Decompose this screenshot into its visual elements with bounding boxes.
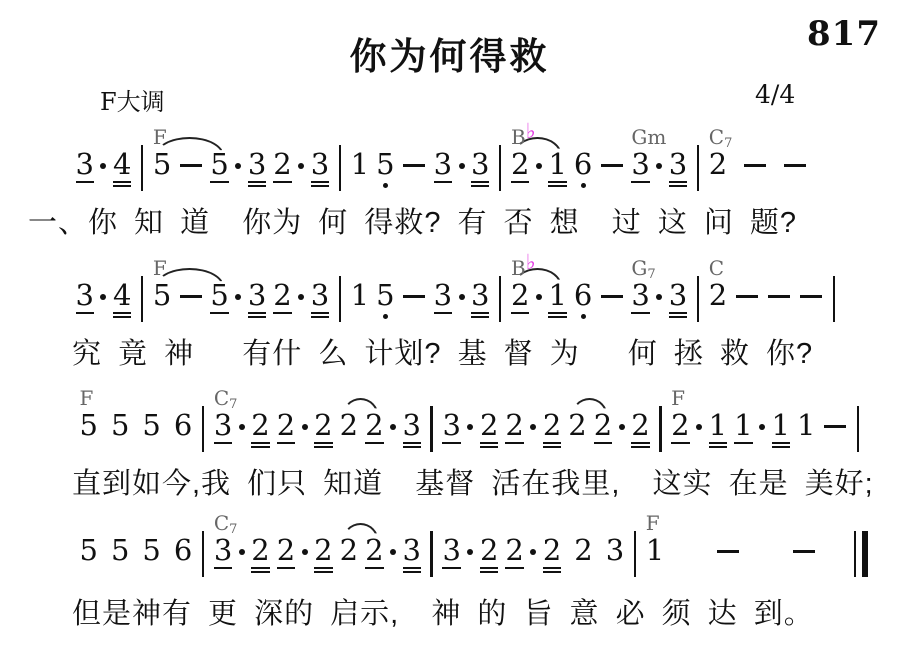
note-digit: 5	[153, 150, 171, 179]
augmentation-dot	[390, 424, 396, 430]
note-digit: 3	[442, 536, 460, 565]
note-digit: 3	[434, 150, 452, 179]
note: 2	[340, 536, 358, 565]
note-digit: 6	[174, 536, 192, 565]
note-underline	[669, 185, 687, 187]
note-digit: 3	[631, 150, 649, 179]
note-digit: 2	[511, 281, 529, 310]
augmentation-dot	[390, 549, 396, 555]
note-digit: 3	[403, 411, 421, 440]
note: 3	[76, 281, 94, 314]
note-underline	[76, 312, 94, 314]
note-underline	[113, 185, 131, 187]
note: 2	[480, 536, 498, 573]
duration-dash	[736, 295, 758, 298]
note: F5	[80, 411, 98, 440]
hymn-title: 你为何得救	[0, 26, 899, 80]
final-barline	[854, 531, 868, 577]
chord-label: C	[709, 258, 724, 278]
chord-letter: C	[709, 125, 724, 149]
note: 2	[314, 536, 332, 573]
barline	[857, 406, 860, 452]
barline	[141, 145, 144, 191]
barline	[659, 406, 662, 452]
note-digit: 2	[709, 281, 727, 310]
note: C72	[709, 150, 727, 179]
chord-letter: F	[153, 125, 167, 149]
note-digit: 5	[376, 150, 394, 179]
note-underline	[311, 316, 329, 318]
chord-letter: B	[511, 125, 526, 149]
note: 5	[80, 536, 98, 565]
note: 3	[442, 411, 460, 444]
note: 1	[351, 150, 369, 179]
note-digit: 2	[543, 536, 561, 565]
note-digit: 1	[646, 536, 664, 565]
tie-arc-group: F55	[149, 150, 232, 183]
note: 3	[248, 281, 266, 318]
note-digit: 3	[311, 150, 329, 179]
duration-dash	[403, 295, 425, 298]
note-underline	[251, 442, 269, 444]
note: 4	[113, 150, 131, 187]
note: 3	[669, 281, 687, 318]
note-underline	[543, 571, 561, 573]
note: Gm3	[631, 150, 649, 183]
note-digit: 2	[568, 411, 586, 440]
lyrics-line-4: 但是神有 更 深的 启示, 神 的 旨 意 必 须 达 到。	[72, 591, 814, 632]
note: 2	[273, 150, 291, 183]
note: 2	[251, 411, 269, 448]
note-underline	[548, 181, 566, 183]
note-underline	[631, 446, 649, 448]
chord-subscript: 7	[229, 522, 237, 537]
note-underline	[314, 446, 332, 448]
note-underline	[403, 442, 421, 444]
augmentation-dot	[100, 294, 106, 300]
note-digit: 3	[214, 411, 232, 440]
note: 3	[442, 536, 460, 569]
tie-arc-group: 22	[336, 536, 387, 569]
note-digit: 2	[480, 536, 498, 565]
chord-letter: B	[511, 256, 526, 280]
barline	[634, 531, 637, 577]
note: 1	[548, 150, 566, 187]
note-digit: 6	[174, 411, 192, 440]
augmentation-dot	[536, 163, 542, 169]
note: 6	[574, 150, 592, 188]
note-underline	[314, 442, 332, 444]
augmentation-dot	[302, 424, 308, 430]
note-underline	[311, 312, 329, 314]
chord-label: B♭	[511, 126, 536, 147]
note-digit: 2	[273, 281, 291, 310]
note-digit: 2	[594, 411, 612, 440]
note-underline	[277, 442, 295, 444]
note: 3	[403, 411, 421, 448]
note-digit: 3	[442, 411, 460, 440]
chord-label: G7	[631, 258, 655, 278]
note: 2	[251, 536, 269, 573]
note-digit: 2	[273, 150, 291, 179]
spacer	[565, 536, 571, 537]
note-underline	[113, 316, 131, 318]
tie-arc-group: F55	[149, 281, 232, 314]
duration-dash	[601, 295, 623, 298]
note-underline	[113, 312, 131, 314]
barline	[202, 531, 205, 577]
note: 1	[772, 411, 790, 448]
note: F5	[153, 150, 171, 179]
note: C73	[214, 411, 232, 444]
chord-label: C7	[709, 127, 733, 147]
note-digit: 5	[210, 150, 228, 179]
note-digit: 2	[365, 536, 383, 565]
note: 5	[210, 281, 228, 314]
note-underline	[709, 442, 727, 444]
note-digit: 1	[797, 411, 815, 440]
note: 2	[340, 411, 358, 440]
note-digit: 2	[505, 536, 523, 565]
note-underline	[248, 312, 266, 314]
note: 5	[142, 411, 160, 440]
note-underline	[669, 181, 687, 183]
barline	[339, 145, 342, 191]
note: 2	[574, 536, 592, 565]
octave-dot	[383, 314, 388, 319]
note-underline	[76, 181, 94, 183]
spacer	[668, 536, 712, 537]
note-underline	[471, 185, 489, 187]
note-digit: 5	[376, 281, 394, 310]
note: F2	[671, 411, 689, 444]
chord-label: F	[153, 258, 167, 278]
note: 6	[574, 281, 592, 319]
tie-arc-group: 22	[336, 411, 387, 444]
barline	[499, 145, 502, 191]
chord-label: C7	[214, 513, 238, 533]
note-digit: 2	[314, 536, 332, 565]
note: 2	[505, 536, 523, 569]
note-digit: 3	[76, 281, 94, 310]
duration-dash	[793, 550, 815, 553]
augmentation-dot	[467, 549, 473, 555]
note: 3	[606, 536, 624, 565]
barline	[430, 531, 433, 577]
note-underline	[471, 316, 489, 318]
note-digit: 1	[351, 150, 369, 179]
note-digit: 2	[340, 536, 358, 565]
note: B♭2	[511, 150, 529, 183]
note: 6	[174, 536, 192, 565]
note-underline	[548, 185, 566, 187]
note-underline	[210, 312, 228, 314]
note-digit: 2	[277, 536, 295, 565]
note-underline	[314, 571, 332, 573]
barline	[499, 276, 502, 322]
chord-letter: C	[214, 511, 229, 535]
chord-letter: F	[671, 386, 685, 410]
note-underline	[113, 181, 131, 183]
augmentation-dot	[759, 424, 765, 430]
duration-dash	[180, 295, 202, 298]
duration-dash	[784, 164, 806, 167]
note: 3	[434, 150, 452, 183]
note: C2	[709, 281, 727, 310]
note-digit: 3	[471, 150, 489, 179]
spacer	[101, 536, 107, 537]
chord-label: F	[153, 127, 167, 147]
note-underline	[480, 442, 498, 444]
chord-label: C7	[214, 388, 238, 408]
duration-dash	[800, 295, 822, 298]
note: 2	[365, 411, 383, 444]
note: 2	[568, 411, 586, 440]
lyrics-line-1: 一、你 知 道 你为 何 得救? 有 否 想 过 这 问 题?	[28, 200, 797, 241]
chord-subscript: 7	[724, 136, 732, 151]
spacer	[101, 411, 107, 412]
note-underline	[671, 442, 689, 444]
tie-arc-group: B♭21	[507, 281, 570, 318]
note-digit: 2	[314, 411, 332, 440]
note-digit: 2	[671, 411, 689, 440]
music-line-3: F5556C732222233222222F21111	[76, 411, 865, 452]
note-underline	[631, 442, 649, 444]
note-digit: 5	[80, 536, 98, 565]
note: 1	[548, 281, 566, 318]
note-digit: 5	[111, 411, 129, 440]
spacer	[771, 150, 779, 151]
note-underline	[403, 571, 421, 573]
augmentation-dot	[239, 424, 245, 430]
note-digit: 3	[403, 536, 421, 565]
spacer	[133, 536, 139, 537]
chord-letter: C	[709, 256, 724, 280]
note-digit: 3	[248, 281, 266, 310]
note-underline	[442, 567, 460, 569]
note: 2	[277, 536, 295, 569]
note: 3	[311, 150, 329, 187]
note-underline	[480, 567, 498, 569]
music-line-2: 34F553231533B♭216G733C2	[72, 281, 841, 322]
augmentation-dot	[530, 549, 536, 555]
note-underline	[669, 316, 687, 318]
tie-arc-group: B♭21	[507, 150, 570, 187]
barline	[339, 276, 342, 322]
note-underline	[311, 181, 329, 183]
note: 2	[480, 411, 498, 448]
note-digit: 4	[113, 281, 131, 310]
note-underline	[248, 316, 266, 318]
note: 3	[76, 150, 94, 183]
spacer	[164, 536, 170, 537]
note-digit: 3	[631, 281, 649, 310]
note-digit: 1	[548, 150, 566, 179]
note-digit: 3	[606, 536, 624, 565]
note-digit: 2	[631, 411, 649, 440]
note-digit: 2	[511, 150, 529, 179]
augmentation-dot	[298, 294, 304, 300]
note-underline	[543, 442, 561, 444]
flat-icon: ♭	[526, 249, 536, 274]
note: 2	[365, 536, 383, 569]
music-line-1: 34F553231533B♭216Gm33C72	[72, 150, 811, 191]
note-digit: 2	[505, 411, 523, 440]
octave-dot	[581, 183, 586, 188]
note-underline	[248, 181, 266, 183]
note-digit: 2	[365, 411, 383, 440]
note: 5	[111, 411, 129, 440]
key-signature: F大调	[100, 82, 165, 117]
augmentation-dot	[235, 294, 241, 300]
note: F5	[153, 281, 171, 310]
note-underline	[505, 567, 523, 569]
note-underline	[277, 567, 295, 569]
note: 1	[351, 281, 369, 310]
note-underline	[772, 446, 790, 448]
duration-dash	[403, 164, 425, 167]
note: 3	[669, 150, 687, 187]
note-digit: 6	[574, 150, 592, 179]
note-underline	[480, 446, 498, 448]
note-underline	[669, 312, 687, 314]
note: 3	[471, 281, 489, 318]
duration-dash	[768, 295, 790, 298]
note: 1	[797, 411, 815, 440]
note-digit: 2	[340, 411, 358, 440]
augmentation-dot	[467, 424, 473, 430]
note-underline	[631, 181, 649, 183]
chord-letter: C	[214, 386, 229, 410]
note: 5	[376, 281, 394, 319]
note-digit: 3	[434, 281, 452, 310]
note-underline	[210, 181, 228, 183]
note: F1	[646, 536, 664, 565]
note-digit: 5	[210, 281, 228, 310]
chord-label: F	[80, 388, 94, 408]
spacer	[596, 536, 602, 537]
note-underline	[471, 181, 489, 183]
note-underline	[273, 181, 291, 183]
note: 2	[631, 411, 649, 448]
augmentation-dot	[459, 294, 465, 300]
note-digit: 1	[709, 411, 727, 440]
note-underline	[314, 567, 332, 569]
note-underline	[594, 442, 612, 444]
note-digit: 2	[543, 411, 561, 440]
note-underline	[709, 446, 727, 448]
note-underline	[772, 442, 790, 444]
chord-label: Gm	[631, 127, 666, 147]
augmentation-dot	[235, 163, 241, 169]
augmentation-dot	[100, 163, 106, 169]
note: 6	[174, 411, 192, 440]
note: 5	[210, 150, 228, 183]
chord-letter: F	[646, 511, 660, 535]
spacer	[744, 536, 788, 537]
spacer	[164, 411, 170, 412]
note-underline	[403, 446, 421, 448]
note-underline	[311, 185, 329, 187]
augmentation-dot	[536, 294, 542, 300]
augmentation-dot	[239, 549, 245, 555]
note: 5	[111, 536, 129, 565]
note: 2	[594, 411, 612, 444]
note-digit: 2	[574, 536, 592, 565]
note-digit: 2	[251, 536, 269, 565]
barline	[141, 276, 144, 322]
note-underline	[403, 567, 421, 569]
augmentation-dot	[298, 163, 304, 169]
note: 2	[314, 411, 332, 448]
chord-subscript: 7	[229, 397, 237, 412]
note-underline	[511, 312, 529, 314]
augmentation-dot	[459, 163, 465, 169]
note-digit: 2	[709, 150, 727, 179]
note-digit: 1	[734, 411, 752, 440]
note-underline	[434, 181, 452, 183]
note-digit: 1	[548, 281, 566, 310]
note-underline	[505, 442, 523, 444]
note-digit: 3	[669, 150, 687, 179]
lyrics-line-3: 直到如今,我 们只 知道 基督 活在我里, 这实 在是 美好;	[72, 461, 874, 502]
chord-letter: Gm	[631, 125, 666, 149]
note-underline	[214, 567, 232, 569]
note-digit: 2	[251, 411, 269, 440]
note-underline	[248, 185, 266, 187]
note-digit: 6	[574, 281, 592, 310]
note-underline	[543, 446, 561, 448]
note: 5	[376, 150, 394, 188]
note-underline	[734, 442, 752, 444]
note: 2	[543, 536, 561, 573]
note: 1	[709, 411, 727, 448]
tie-arc-group: 22	[565, 411, 616, 444]
note-digit: 1	[351, 281, 369, 310]
note-digit: 5	[142, 536, 160, 565]
note-underline	[214, 442, 232, 444]
note-digit: 3	[311, 281, 329, 310]
note-underline	[365, 567, 383, 569]
chord-letter: G	[631, 256, 647, 280]
note-underline	[480, 571, 498, 573]
duration-dash	[180, 164, 202, 167]
barline	[202, 406, 205, 452]
note: B♭2	[511, 281, 529, 314]
time-signature: 4/4	[755, 80, 795, 109]
note: 3	[471, 150, 489, 187]
note: 2	[505, 411, 523, 444]
note-underline	[471, 312, 489, 314]
flat-icon: ♭	[526, 118, 536, 143]
note-digit: 5	[80, 411, 98, 440]
chord-label: F	[646, 513, 660, 533]
note-digit: 1	[772, 411, 790, 440]
duration-dash	[717, 550, 739, 553]
note-digit: 3	[214, 536, 232, 565]
chord-letter: F	[80, 386, 94, 410]
note-digit: 3	[471, 281, 489, 310]
note-digit: 2	[277, 411, 295, 440]
note: 3	[434, 281, 452, 314]
note-underline	[365, 442, 383, 444]
spacer	[133, 411, 139, 412]
note: G73	[631, 281, 649, 314]
chord-label: B♭	[511, 257, 536, 278]
note-underline	[631, 312, 649, 314]
chord-letter: F	[153, 256, 167, 280]
note-digit: 5	[111, 536, 129, 565]
